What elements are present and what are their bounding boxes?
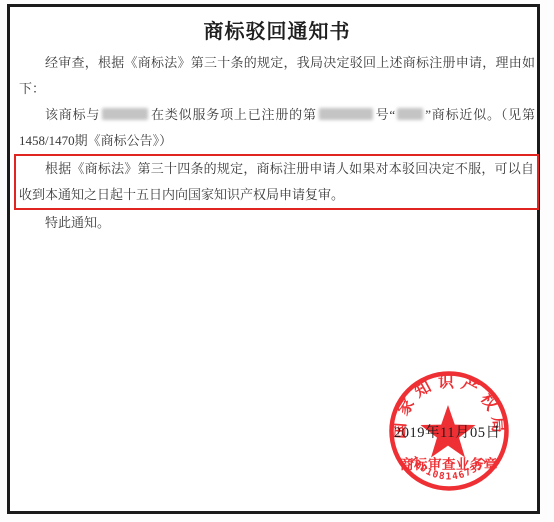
paragraph-citation: 该商标与在类似服务项上已注册的第号“”商标近似。（见第1458/1470期《商标… (19, 102, 535, 154)
page-title: 商标驳回通知书 (19, 20, 535, 44)
highlight-annotation-box: 根据《商标法》第三十四条的规定，商标注册申请人如果对本驳回决定不服，可以自收到本… (14, 154, 539, 210)
paragraph-decision: 经审查，根据《商标法》第三十条的规定，我局决定驳回上述商标注册申请，理由如下： (19, 50, 535, 102)
redacted-registration-number (319, 108, 373, 120)
citation-part2: 在类似服务项上已注册的第 (150, 107, 317, 122)
issue-date: 2019年11月05日 (394, 421, 500, 442)
document-body: 商标驳回通知书 经审查，根据《商标法》第三十条的规定，我局决定驳回上述商标注册申… (19, 7, 535, 236)
paragraph-review-rights: 根据《商标法》第三十四条的规定，商标注册申请人如果对本驳回决定不服，可以自收到本… (19, 156, 534, 208)
redacted-trademark-name (397, 108, 423, 120)
redacted-applicant-text (102, 108, 148, 120)
closing-text: 特此通知。 (19, 210, 535, 236)
citation-part1: 该商标与 (45, 107, 100, 122)
citation-part3: 号“ (375, 107, 395, 122)
paragraph-decision-text: 经审查，根据《商标法》第三十条的规定，我局决定驳回上述商标注册申请，理由如下： (19, 55, 535, 96)
